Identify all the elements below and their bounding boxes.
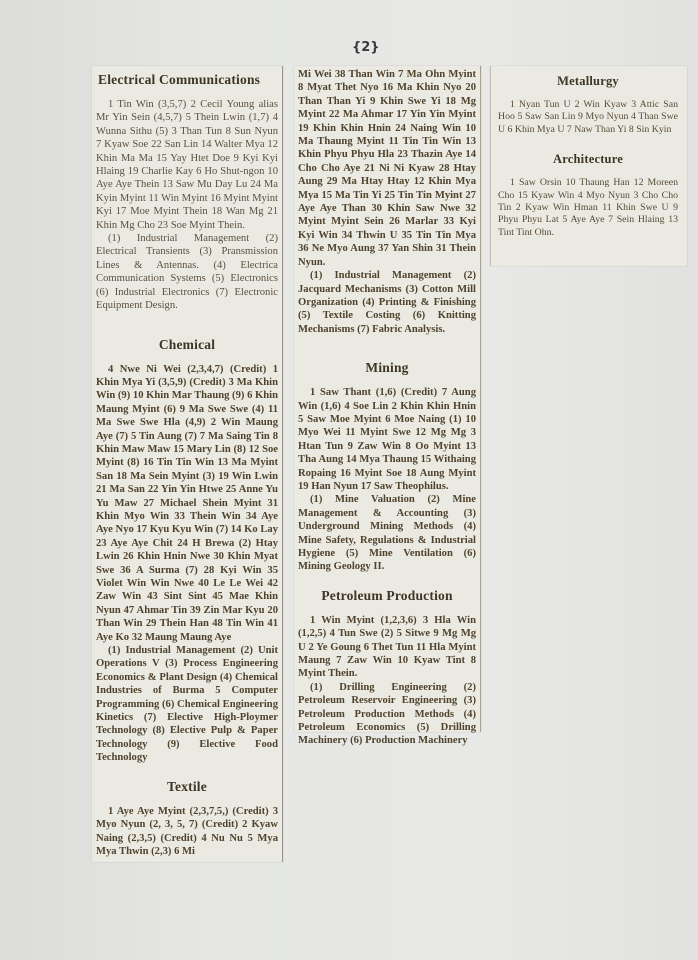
electrical-courses: (1) Industrial Management (2) Electrical… [96,232,278,312]
mining-names: 1 Saw Thant (1,6) (Credit) 7 Aung Win (1… [298,386,476,493]
architecture-names: 1 Saw Orsin 10 Thaung Han 12 Moreen Cho … [498,177,678,239]
column-middle: Mi Wei 38 Than Win 7 Ma Ohn Myint 8 Myat… [298,68,476,748]
section-title-petroleum: Petroleum Production [298,588,476,604]
electrical-names: 1 Tin Win (3,5,7) 2 Cecil Young alias Mr… [96,98,278,232]
column-left: Electrical Communications 1 Tin Win (3,5… [96,72,278,858]
chemical-names: 4 Nwe Ni Wei (2,3,4,7) (Credit) 1 Khin M… [96,363,278,645]
section-title-mining: Mining [298,360,476,376]
petroleum-courses: (1) Drilling Engineering (2) Petroleum R… [298,681,476,748]
scanned-page: {2} Electrical Communications 1 Tin Win … [0,0,698,960]
section-title-textile: Textile [96,779,278,795]
textile-courses: (1) Industrial Management (2) Jacquard M… [298,269,476,336]
textile-names-part2: Mi Wei 38 Than Win 7 Ma Ohn Myint 8 Myat… [298,68,476,269]
page-number: {2} [352,40,380,55]
textile-names-part1: 1 Aye Aye Myint (2,3,7,5,) (Credit) 3 My… [96,805,278,859]
section-title-electrical: Electrical Communications [96,72,278,88]
section-title-architecture: Architecture [498,152,678,167]
section-title-metallurgy: Metallurgy [498,74,678,89]
column-right: Metallurgy 1 Nyan Tun U 2 Win Kyaw 3 Att… [498,74,678,239]
mining-courses: (1) Mine Valuation (2) Mine Management &… [298,493,476,573]
section-title-chemical: Chemical [96,337,278,353]
metallurgy-names: 1 Nyan Tun U 2 Win Kyaw 3 Attic San Hoo … [498,99,678,136]
petroleum-names: 1 Win Myint (1,2,3,6) 3 Hla Win (1,2,5) … [298,614,476,681]
chemical-courses: (1) Industrial Management (2) Unit Opera… [96,644,278,765]
